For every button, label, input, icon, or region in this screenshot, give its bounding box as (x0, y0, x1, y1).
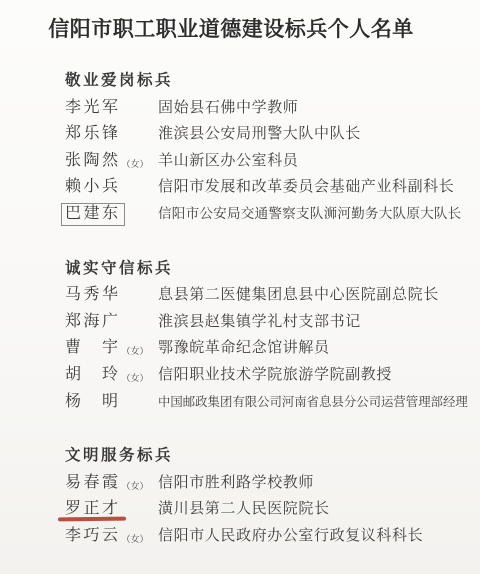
person-name: 杨 明 (65, 393, 121, 410)
person-name: 赖小兵 (65, 178, 121, 195)
person-job-title: 信阳市人民政府办公室行政复议科科长 (158, 523, 462, 550)
person-name-wrap: 胡 玲（女） (65, 362, 158, 392)
red-underline-mark (58, 517, 126, 521)
section-entries: 易春霞（女） 信阳市胜利路学校教师 罗正才 潢川县第二人民医院院长 李巧云（女）… (65, 470, 462, 550)
person-row: 郑乐锋 淮滨县公安局刑警大队中队长 (65, 121, 462, 148)
person-name: 易春霞 (65, 474, 121, 491)
person-job-title: 固始县石佛中学教师 (158, 95, 462, 122)
person-name-wrap: 罗正才 (65, 496, 158, 526)
person-row: 马秀华 息县第二医健集团息县中心医院副总院长 (65, 282, 462, 309)
section-heading: 诚实守信标兵 (65, 256, 462, 283)
section-heading: 敬业爱岗标兵 (65, 68, 462, 95)
person-job-title: 信阳市发展和改革委员会基础产业科副科长 (158, 174, 462, 201)
gender-note: （女） (122, 159, 149, 169)
award-section: 文明服务标兵 易春霞（女） 信阳市胜利路学校教师 罗正才 潢川县第二人民医院院长… (65, 443, 462, 549)
person-name-wrap: 张陶然（女） (65, 148, 158, 178)
person-name: 马秀华 (65, 286, 121, 303)
person-row: 李巧云（女） 信阳市人民政府办公室行政复议科科长 (65, 523, 462, 550)
person-job-title: 信阳市胜利路学校教师 (158, 470, 462, 497)
person-row: 李光军 固始县石佛中学教师 (65, 95, 462, 122)
person-name-wrap: 杨 明 (65, 389, 158, 419)
person-name-wrap: 巴建东 (65, 201, 158, 231)
gender-note: （女） (122, 373, 149, 383)
person-name-wrap: 曹 宇（女） (65, 335, 158, 365)
person-row: 杨 明 中国邮政集团有限公司河南省息县分公司运营管理部经理 (65, 389, 462, 416)
person-row: 巴建东 信阳市公安局交通警察支队浉河勤务大队原大队长 (65, 201, 462, 228)
person-name-wrap: 郑乐锋 (65, 121, 158, 151)
person-name-wrap: 李光军 (65, 95, 158, 125)
section-entries: 马秀华 息县第二医健集团息县中心医院副总院长 郑海广 淮滨县赵集镇学礼村支部书记… (65, 282, 462, 415)
person-name: 李光军 (65, 99, 121, 116)
person-row: 赖小兵 信阳市发展和改革委员会基础产业科副科长 (65, 174, 462, 201)
person-name: 张陶然 (65, 152, 121, 169)
person-name: 郑海广 (65, 313, 121, 330)
person-name: 巴建东 (61, 203, 125, 226)
person-job-title: 鄂豫皖革命纪念馆讲解员 (158, 335, 462, 362)
person-job-title: 中国邮政集团有限公司河南省息县分公司运营管理部经理 (158, 389, 468, 416)
person-row: 郑海广 淮滨县赵集镇学礼村支部书记 (65, 309, 462, 336)
person-name: 郑乐锋 (65, 125, 121, 142)
person-row: 易春霞（女） 信阳市胜利路学校教师 (65, 470, 462, 497)
gender-note: （女） (122, 534, 149, 544)
award-section: 诚实守信标兵 马秀华 息县第二医健集团息县中心医院副总院长 郑海广 淮滨县赵集镇… (65, 256, 462, 416)
person-job-title: 羊山新区办公室科员 (158, 148, 462, 175)
person-row: 张陶然（女） 羊山新区办公室科员 (65, 148, 462, 175)
person-name: 曹 宇 (65, 339, 121, 356)
person-job-title: 信阳职业技术学院旅游学院副教授 (158, 362, 462, 389)
person-name-wrap: 李巧云（女） (65, 523, 158, 553)
person-name-wrap: 易春霞（女） (65, 470, 158, 500)
person-name-wrap: 马秀华 (65, 282, 158, 312)
person-job-title: 信阳市公安局交通警察支队浉河勤务大队原大队长 (158, 201, 462, 228)
person-job-title: 潢川县第二人民医院院长 (158, 496, 462, 523)
gender-note: （女） (122, 346, 149, 356)
person-name: 胡 玲 (65, 366, 121, 383)
person-row: 罗正才 潢川县第二人民医院院长 (65, 496, 462, 523)
section-heading: 文明服务标兵 (65, 443, 462, 470)
person-name: 罗正才 (65, 500, 121, 517)
person-job-title: 息县第二医健集团息县中心医院副总院长 (158, 282, 462, 309)
award-section: 敬业爱岗标兵 李光军 固始县石佛中学教师 郑乐锋 淮滨县公安局刑警大队中队长 张… (65, 68, 462, 228)
person-name: 李巧云 (65, 527, 121, 544)
gender-note: （女） (122, 481, 149, 491)
person-row: 曹 宇（女） 鄂豫皖革命纪念馆讲解员 (65, 335, 462, 362)
document-page: 信阳市职工职业道德建设标兵个人名单 敬业爱岗标兵 李光军 固始县石佛中学教师 郑… (0, 0, 480, 574)
person-job-title: 淮滨县公安局刑警大队中队长 (158, 121, 462, 148)
person-name-wrap: 赖小兵 (65, 174, 158, 204)
sections-container: 敬业爱岗标兵 李光军 固始县石佛中学教师 郑乐锋 淮滨县公安局刑警大队中队长 张… (0, 68, 462, 550)
person-row: 胡 玲（女） 信阳职业技术学院旅游学院副教授 (65, 362, 462, 389)
person-name-wrap: 郑海广 (65, 309, 158, 339)
person-job-title: 淮滨县赵集镇学礼村支部书记 (158, 309, 462, 336)
page-title: 信阳市职工职业道德建设标兵个人名单 (0, 15, 462, 44)
section-entries: 李光军 固始县石佛中学教师 郑乐锋 淮滨县公安局刑警大队中队长 张陶然（女） 羊… (65, 95, 462, 228)
